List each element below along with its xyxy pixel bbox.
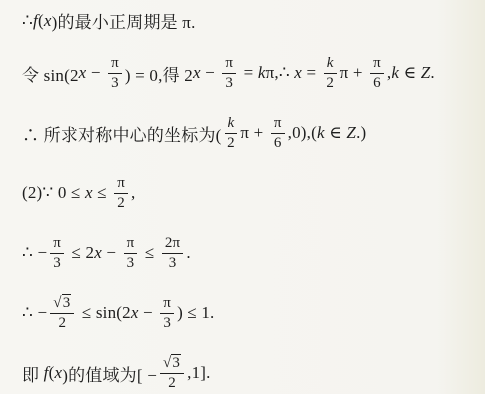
math-text: ,1]. [187,363,210,383]
math-text: (2)∵ 0 ≤ [22,183,85,203]
math-text: = [302,63,321,83]
math-text: . [430,63,434,83]
math-text: − [201,63,220,83]
fraction-sqrt: √32 [160,355,184,391]
math-text: − [102,243,121,263]
line-argument-range: ∴ −π3 ≤ 2x − π3 ≤ 2π3. [22,233,475,273]
math-text: ∴ [22,11,33,31]
denominator: 3 [127,254,135,272]
numerator: π [50,235,64,254]
math-text: 即 [22,361,44,386]
math-text: , [131,183,135,203]
math-text: )的值域为[ − [62,361,157,386]
math-variable: Z [346,123,356,143]
math-variable: k [391,63,399,83]
math-text: ,0),( [288,123,317,143]
math-variable: x [85,183,93,203]
denominator: 2 [168,374,176,392]
denominator: 2 [227,134,235,152]
fraction: π6 [370,55,384,91]
fraction: π3 [108,55,122,91]
math-text: . [186,243,190,263]
fraction: k2 [324,55,337,91]
line-solve-sin-zero: 令 sin(2x − π3) = 0,得 2x − π3 = kπ,∴ x = … [22,53,475,93]
math-text: ≤ 2 [67,243,94,263]
math-text: ∈ [325,123,347,143]
fraction-sqrt: √32 [50,295,74,331]
math-text: ∈ [399,63,421,83]
math-text: ≤ [93,183,111,203]
numerator: π [124,235,138,254]
denominator: 6 [373,74,381,92]
numerator: √3 [50,295,74,314]
numerator: π [222,55,236,74]
line-symmetry-centers: ∴ 所求对称中心的坐标为(k2π + π6,0),(k ∈ Z.) [22,113,475,153]
denominator: 2 [326,74,334,92]
math-text: ) = 0,得 2 [125,61,193,86]
fraction: π3 [160,295,174,331]
line-value-range: 即 f(x)的值域为[ −√32,1]. [22,353,475,393]
math-variable: x [54,363,62,383]
math-text: .) [356,123,366,143]
denominator: 2 [117,194,125,212]
math-text: ) ≤ 1. [177,303,214,323]
math-text: )的最小正周期是 π. [52,8,196,33]
math-text: ∴ − [22,303,47,323]
fraction: π3 [124,235,138,271]
math-variable: x [193,63,201,83]
fraction: π2 [114,175,128,211]
math-text: π,∴ [266,63,295,83]
line-part2-domain: (2)∵ 0 ≤ x ≤ π2, [22,173,475,213]
math-text: 令 sin(2 [22,61,79,86]
radicand: 3 [62,294,72,311]
numerator: π [160,295,174,314]
denominator: 3 [111,74,119,92]
numerator: 2π [162,235,183,254]
numerator: k [225,115,238,134]
math-text: ∴ − [22,243,47,263]
numerator: √3 [160,355,184,374]
math-text: = [239,63,258,83]
math-text: π + [340,63,367,83]
fraction: 2π3 [162,235,183,271]
math-text: − [86,63,105,83]
denominator: 3 [163,314,171,332]
math-text: ∴ 所求对称中心的坐标为( [22,121,222,146]
line-sin-range: ∴ −√32 ≤ sin(2x − π3) ≤ 1. [22,293,475,333]
line-min-period: ∴f(x)的最小正周期是 π. [22,8,475,33]
math-text: ≤ [140,243,158,263]
math-text: π + [240,123,267,143]
fraction: π3 [222,55,236,91]
fraction: π3 [50,235,64,271]
numerator: π [114,175,128,194]
denominator: 6 [274,134,282,152]
numerator: π [370,55,384,74]
math-variable: Z [421,63,431,83]
math-variable: k [317,123,325,143]
math-variable: x [94,243,102,263]
denominator: 3 [225,74,233,92]
math-variable: x [79,63,87,83]
math-variable: x [44,11,52,31]
fraction: k2 [225,115,238,151]
math-text: ≤ sin(2 [77,303,130,323]
math-variable: k [258,63,266,83]
radicand: 3 [171,354,181,371]
denominator: 2 [58,314,66,332]
numerator: k [324,55,337,74]
denominator: 3 [169,254,177,272]
math-variable: x [294,63,302,83]
fraction: π6 [271,115,285,151]
denominator: 3 [53,254,61,272]
math-text: − [139,303,158,323]
numerator: π [271,115,285,134]
numerator: π [108,55,122,74]
math-variable: x [131,303,139,323]
math-document: ∴f(x)的最小正周期是 π.令 sin(2x − π3) = 0,得 2x −… [0,0,485,394]
